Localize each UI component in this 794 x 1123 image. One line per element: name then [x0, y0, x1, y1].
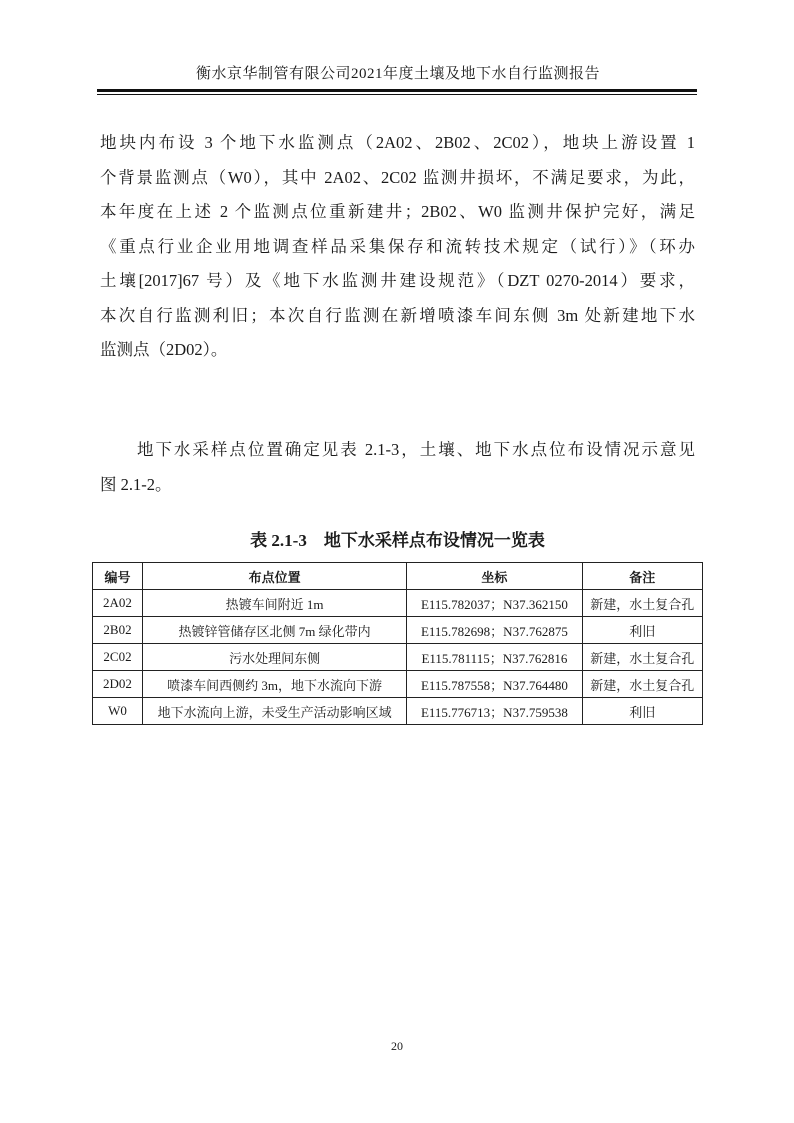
- cell-location: 喷漆车间西侧约 3m，地下水流向下游: [142, 671, 406, 698]
- paragraph-monitoring-wells: 地块内布设 3 个地下水监测点（2A02、2B02、2C02），地块上游设置 1…: [100, 126, 695, 368]
- cell-location: 污水处理间东侧: [142, 644, 406, 671]
- table-row: W0 地下水流向上游，未受生产活动影响区域 E115.776713；N37.75…: [93, 698, 703, 725]
- cell-id: 2B02: [93, 617, 143, 644]
- text-line: 本年度在上述 2 个监测点位重新建井；2B02、W0 监测井保护完好，满足: [100, 195, 695, 230]
- cell-location: 地下水流向上游，未受生产活动影响区域: [142, 698, 406, 725]
- cell-coordinates: E115.787558；N37.764480: [407, 671, 582, 698]
- text-line: 个背景监测点（W0），其中 2A02、2C02 监测井损坏，不满足要求，为此，: [100, 161, 695, 196]
- cell-coordinates: E115.781115；N37.762816: [407, 644, 582, 671]
- table-row: 2B02 热镀锌管储存区北侧 7m 绿化带内 E115.782698；N37.7…: [93, 617, 703, 644]
- table-row: 2C02 污水处理间东侧 E115.781115；N37.762816 新建，水…: [93, 644, 703, 671]
- page-number: 20: [0, 1039, 794, 1054]
- text-line: 《重点行业企业用地调查样品采集保存和流转技术规定（试行）》（环办: [100, 230, 695, 265]
- table-row: 2A02 热镀车间附近 1m E115.782037；N37.362150 新建…: [93, 590, 703, 617]
- cell-coordinates: E115.782698；N37.762875: [407, 617, 582, 644]
- table-caption: 表 2.1-3 地下水采样点布设情况一览表: [92, 526, 703, 551]
- text-line: 地下水采样点位置确定见表 2.1-3，土壤、地下水点位布设情况示意见: [100, 433, 695, 468]
- text-line: 地块内布设 3 个地下水监测点（2A02、2B02、2C02），地块上游设置 1: [100, 126, 695, 161]
- text-line: 土壤[2017]67 号）及《地下水监测井建设规范》（DZT 0270-2014…: [100, 264, 695, 299]
- text-line: 监测点（2D02）。: [100, 333, 695, 368]
- cell-coordinates: E115.776713；N37.759538: [407, 698, 582, 725]
- cell-location: 热镀车间附近 1m: [142, 590, 406, 617]
- text-line: 本次自行监测利旧；本次自行监测在新增喷漆车间东侧 3m 处新建地下水: [100, 299, 695, 334]
- table-row: 2D02 喷漆车间西侧约 3m，地下水流向下游 E115.787558；N37.…: [93, 671, 703, 698]
- cell-remarks: 新建，水土复合孔: [582, 644, 702, 671]
- running-header: 衡水京华制管有限公司2021年度土壤及地下水自行监测报告: [98, 62, 698, 83]
- column-header-remarks: 备注: [582, 563, 702, 590]
- header-rule-thick: [97, 89, 697, 92]
- cell-id: 2A02: [93, 590, 143, 617]
- cell-remarks: 利旧: [582, 617, 702, 644]
- header-rule-thin: [97, 94, 697, 95]
- text-line: 图 2.1-2。: [100, 468, 695, 503]
- cell-remarks: 新建，水土复合孔: [582, 590, 702, 617]
- sampling-points-table: 编号 布点位置 坐标 备注 2A02 热镀车间附近 1m E115.782037…: [92, 562, 703, 725]
- cell-remarks: 新建，水土复合孔: [582, 671, 702, 698]
- column-header-location: 布点位置: [142, 563, 406, 590]
- cell-location: 热镀锌管储存区北侧 7m 绿化带内: [142, 617, 406, 644]
- paragraph-table-reference: 地下水采样点位置确定见表 2.1-3，土壤、地下水点位布设情况示意见 图 2.1…: [100, 433, 695, 502]
- cell-id: 2C02: [93, 644, 143, 671]
- cell-id: 2D02: [93, 671, 143, 698]
- table-header-row: 编号 布点位置 坐标 备注: [93, 563, 703, 590]
- column-header-coordinates: 坐标: [407, 563, 582, 590]
- cell-remarks: 利旧: [582, 698, 702, 725]
- cell-id: W0: [93, 698, 143, 725]
- cell-coordinates: E115.782037；N37.362150: [407, 590, 582, 617]
- column-header-id: 编号: [93, 563, 143, 590]
